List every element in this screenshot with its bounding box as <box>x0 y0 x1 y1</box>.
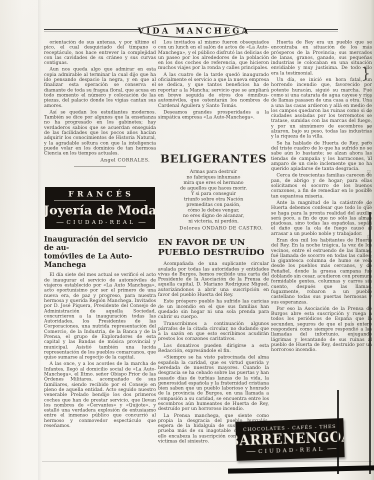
paragraph: Ante la magnitud de la catástrofe de Hue… <box>271 200 372 236</box>
paragraph: Por eso la Asociación de la Prensa de Bu… <box>271 306 372 352</box>
paragraph: Los donativos pueden dirigirse a esta Re… <box>158 343 269 353</box>
author-signature: Angel CORRALES. <box>44 158 156 163</box>
frances-jewelry-ad: FRANCÉS Joyería de Moda CIUDAD-REAL <box>45 187 155 229</box>
headline-inauguracion: Inauguración del servicio de au- tomóvil… <box>44 235 156 269</box>
poem-signature: Dolores ONDARO DE CASTRO. <box>158 226 269 231</box>
scan-brace-mark: } <box>361 64 371 82</box>
paragraph: «Siempre se ha visto patrocinada del alm… <box>158 355 269 412</box>
paragraph: ni victoria, ni perdón. <box>158 218 269 224</box>
ad-divider <box>54 201 146 202</box>
headline-beligerantes: BELIGERANTES <box>158 153 269 165</box>
newspaper-page: VIDA MANCHEGA orientación de sus antenas… <box>0 0 374 480</box>
paragraph: A las once, y a los acordes de la marcha… <box>44 362 156 429</box>
article-continuation-2: Los invitados al mismo fueron obsequiado… <box>158 40 269 151</box>
paragraph: Huerta de Rey era un pueblo que se encon… <box>271 40 372 76</box>
ad-tagline: Joyería de Moda <box>44 204 156 218</box>
ad-brand-name: FRANCÉS <box>66 190 134 198</box>
paragraph: Así se quedan los estudiantes modernos. … <box>44 110 156 156</box>
paragraph: Un día, se inició en hora fatal, un horr… <box>271 78 372 140</box>
paragraph: Cerca de trescientas familias carecen de… <box>271 173 372 199</box>
news-column-2: Los invitados al mismo fueron obsequiado… <box>158 40 269 460</box>
news-column-1: orientación de sus antenas, y por último… <box>44 40 156 460</box>
dash-ornament <box>139 222 146 223</box>
article-en-favor: Acompañada de una suplicante circular av… <box>158 262 269 445</box>
paragraph: Aun nos queda algo que admirar en esta c… <box>44 67 156 108</box>
poem-beligerantes: Armas para destruirno fabriques inhumano… <box>158 169 269 224</box>
masthead-title: VIDA MANCHEGA <box>136 25 251 35</box>
news-column-3: Huerta de Rey era un pueblo que se encon… <box>271 40 372 418</box>
scan-bottom-bar <box>228 465 374 473</box>
paragraph: Los invitados al mismo fueron obsequiado… <box>158 40 269 71</box>
article-huerta-del-rey: Huerta de Rey era un pueblo que se encon… <box>271 40 372 353</box>
paragraph: Eran dos mil los habitantes de Huerta de… <box>271 238 372 305</box>
paragraph: Transcribimos a continuación algunos pár… <box>158 321 269 342</box>
page-fold-shadow <box>38 0 42 480</box>
article-paragraphs: orientación de sus antenas, y por último… <box>44 40 156 156</box>
dash-ornament <box>246 451 255 452</box>
article-continuation: orientación de sus antenas, y por último… <box>44 40 156 186</box>
paragraph: Se ha hablado de Huerta de Rey, pero del… <box>271 141 372 172</box>
scan-scratch-line <box>42 461 372 462</box>
headline-en-favor: EN FAVOR DE UN PUEBLO DESTRUÍDO <box>158 237 269 257</box>
scan-edge-line <box>369 212 371 474</box>
paragraph: Acompañada de una suplicante circular av… <box>158 262 269 298</box>
dash-ornament <box>56 222 63 223</box>
article-body: El día siete del mes actual se verificó … <box>44 273 156 429</box>
paragraph: A las cuatro de la tarde quedó inaugurad… <box>158 72 269 108</box>
paragraph: orientación de sus antenas, y por último… <box>44 40 156 66</box>
section-divider <box>74 166 126 167</box>
dash-ornament <box>327 448 336 449</box>
paragraph: Este próspero pueblo ha sufrido las cari… <box>158 299 269 320</box>
paragraph: Deseamos grandes prosperidades a la simp… <box>158 110 269 120</box>
ad-city: CIUDAD-REAL <box>54 220 145 226</box>
masthead-rule-right <box>246 29 338 30</box>
barrenengoa-chocolate-ad: CHOCOLATES - CAFÉS - THES BARRENENGOA CI… <box>235 418 344 461</box>
masthead-rule-left <box>44 29 139 30</box>
masthead-frame: VIDA MANCHEGA <box>139 23 247 38</box>
paragraph: El día siete del mes actual se verificó … <box>44 273 156 361</box>
